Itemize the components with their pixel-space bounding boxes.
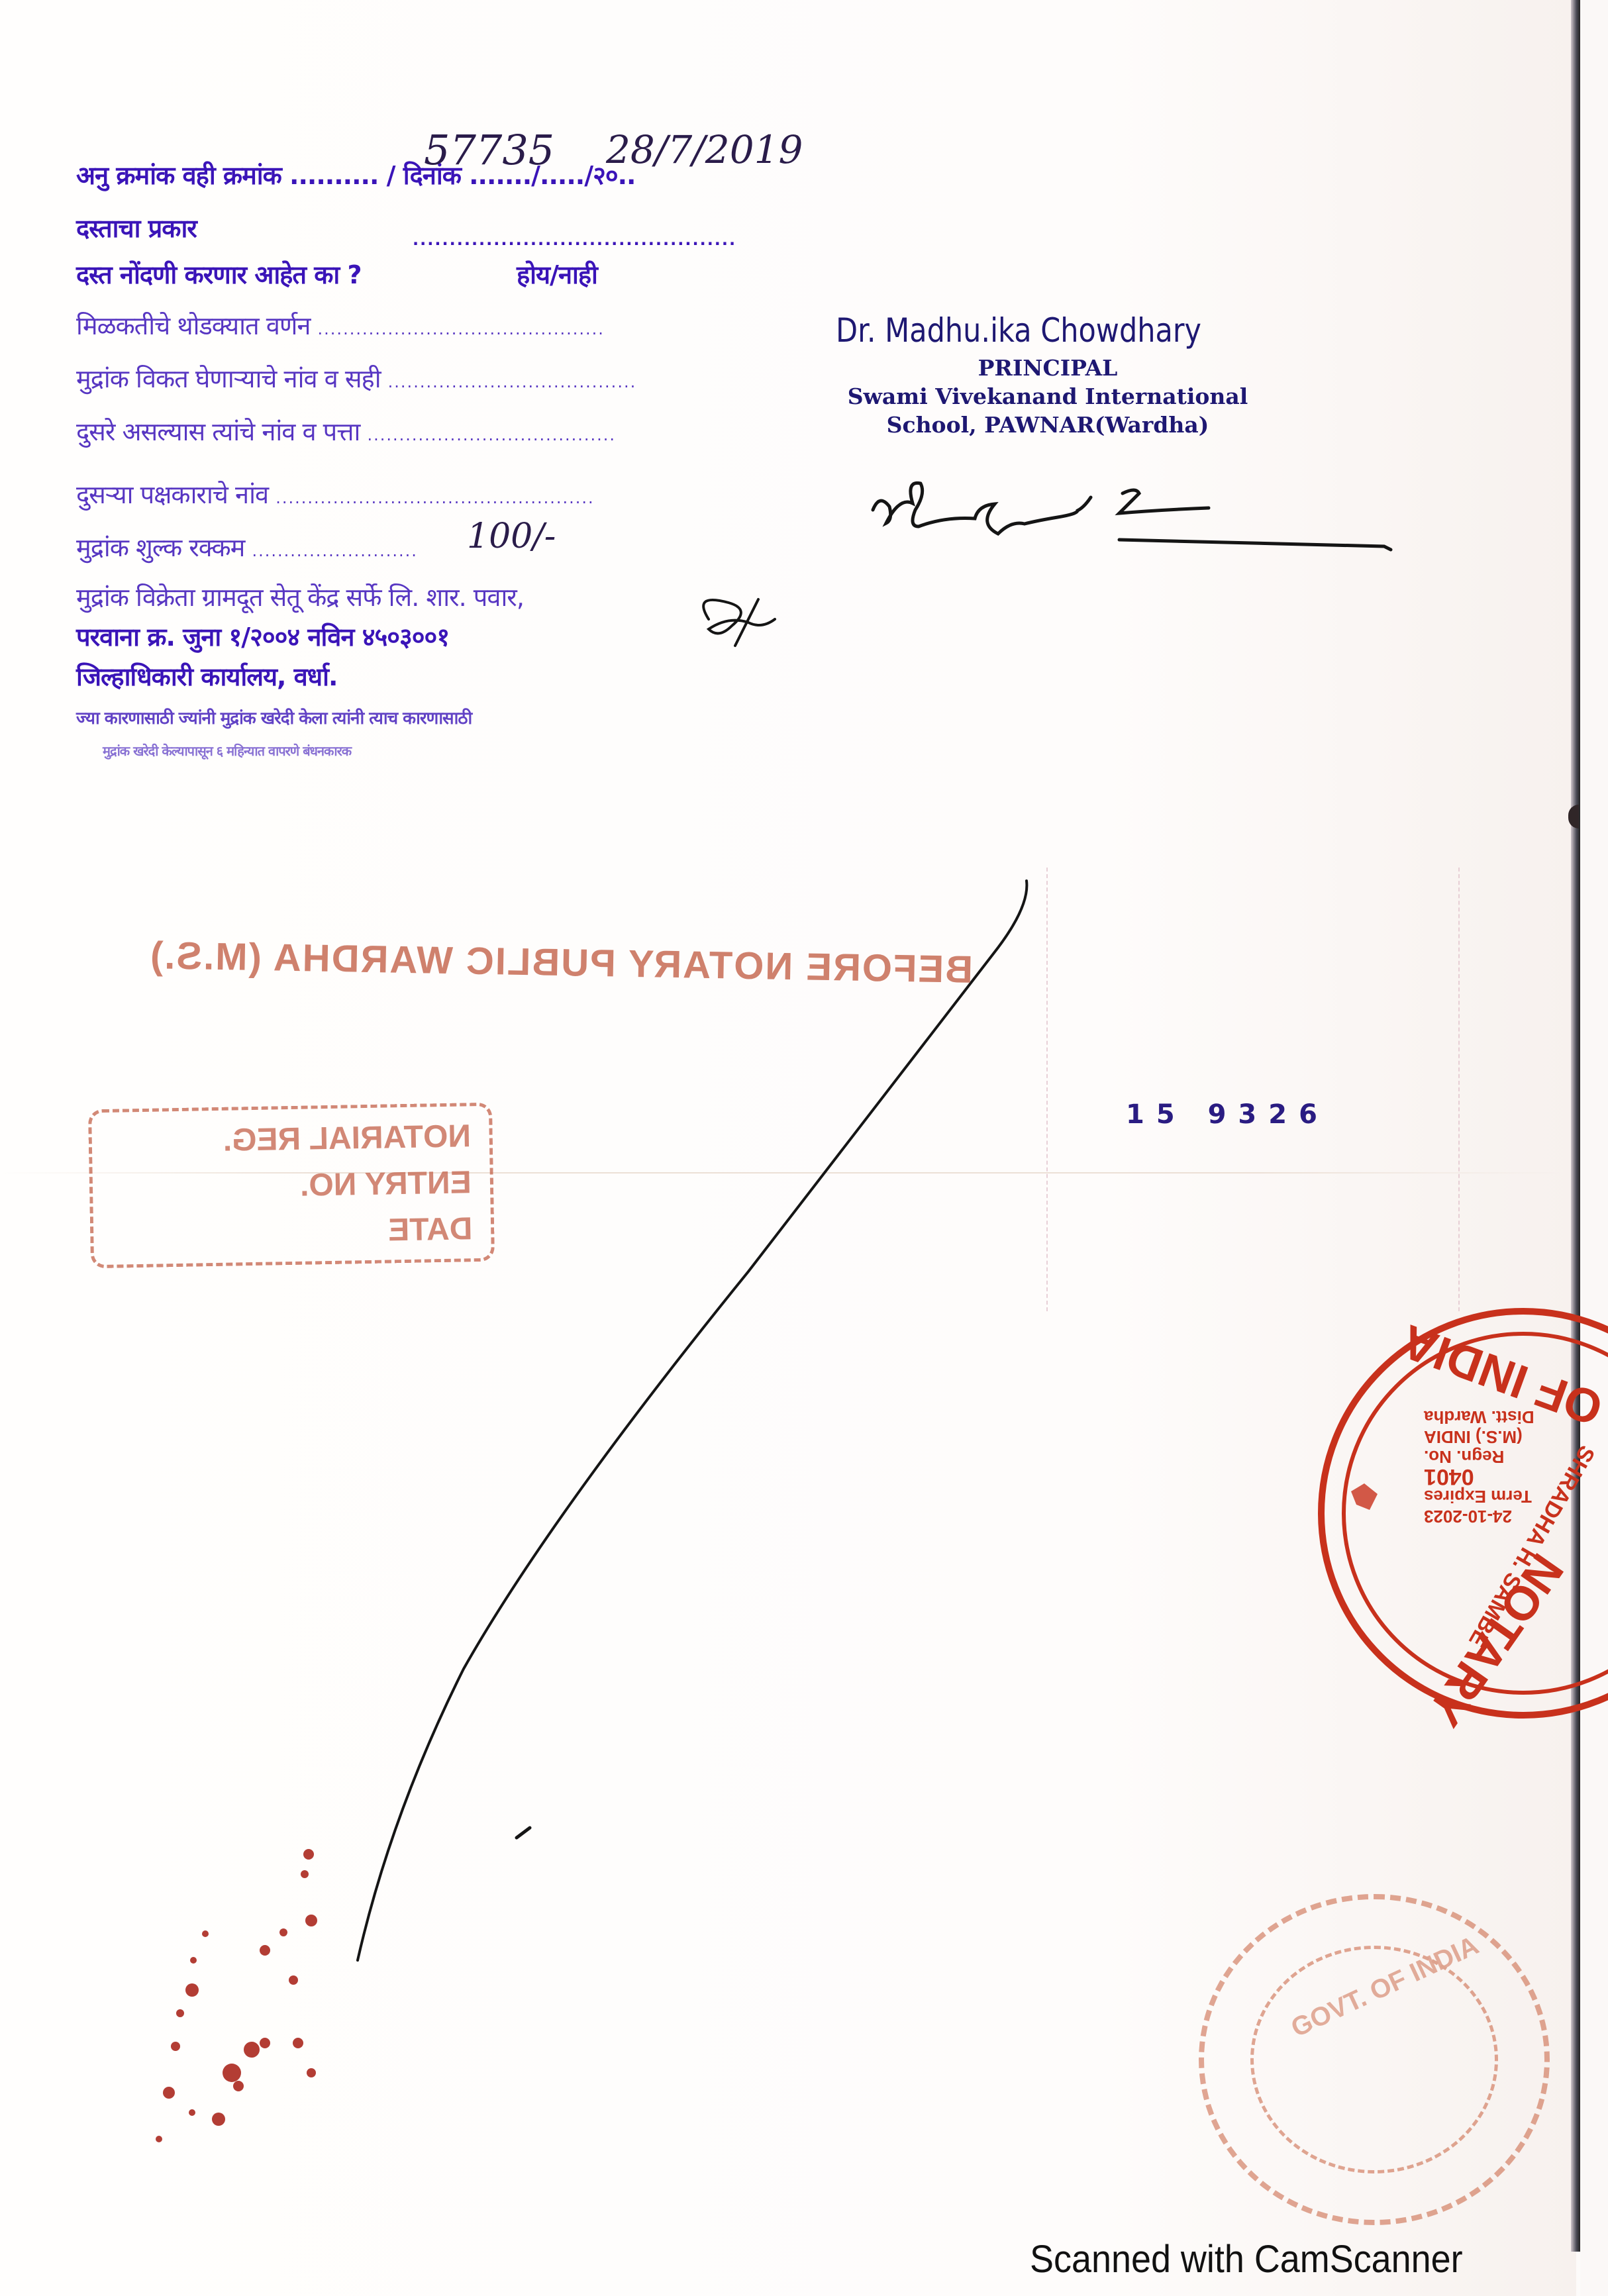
camscanner-watermark: Scanned with CamScanner: [1030, 2237, 1463, 2281]
red-ink-speckles: [0, 0, 1608, 2296]
